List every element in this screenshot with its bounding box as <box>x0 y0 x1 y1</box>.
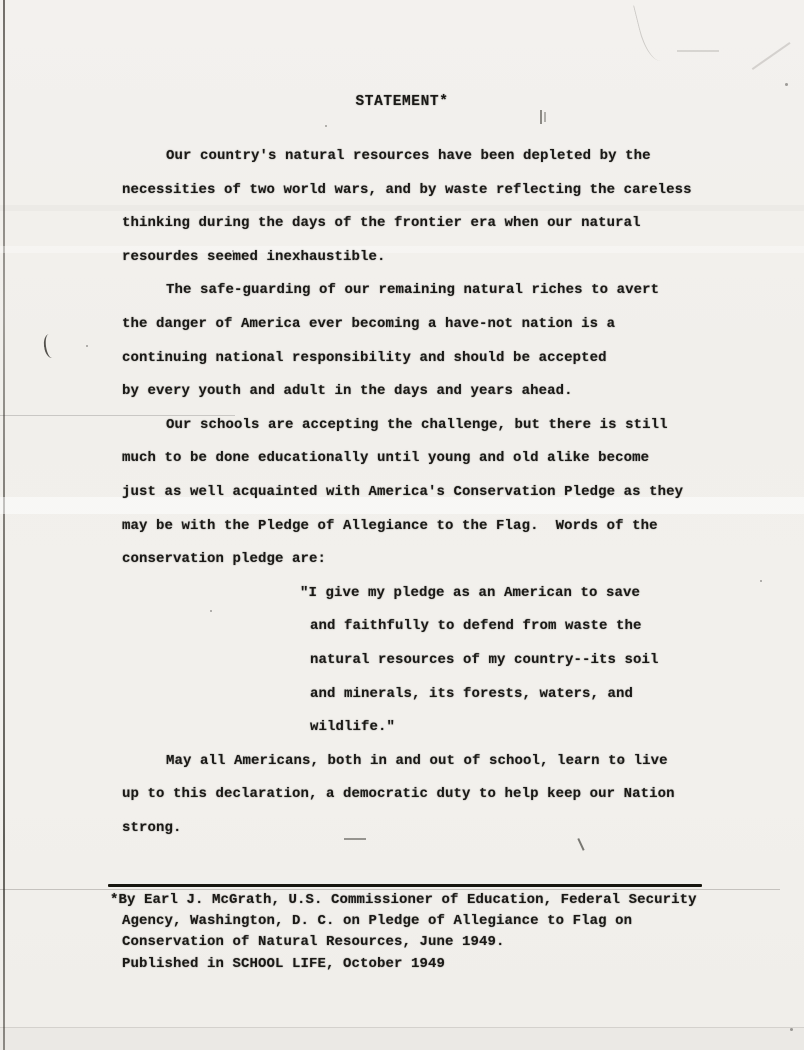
text-line: Our country's natural resources have bee… <box>122 140 762 174</box>
scan-speck <box>86 345 88 347</box>
text-line: continuing national responsibility and s… <box>122 342 762 376</box>
text-line: the danger of America ever becoming a ha… <box>122 308 762 342</box>
document-title: STATEMENT* <box>0 94 804 110</box>
pen-tick-marks <box>540 110 548 126</box>
text-line: The safe-guarding of our remaining natur… <box>122 274 762 308</box>
text-line: strong. <box>122 812 762 846</box>
text-line: up to this declaration, a democratic dut… <box>122 778 762 812</box>
footnote-line: Agency, Washington, D. C. on Pledge of A… <box>110 911 760 932</box>
document-body: Our country's natural resources have bee… <box>122 140 762 845</box>
footnote-line: Conservation of Natural Resources, June … <box>110 932 760 953</box>
scan-scratch-artifact <box>752 42 791 70</box>
text-line: resourdes seemed inexhaustible. <box>122 241 762 275</box>
pledge-line: "I give my pledge as an American to save <box>122 577 762 611</box>
scanned-document-page: STATEMENT* Our country's natural resourc… <box>0 0 804 1050</box>
pledge-line: natural resources of my country--its soi… <box>122 644 762 678</box>
text-line: conservation pledge are: <box>122 543 762 577</box>
scan-bottom-band <box>0 1028 804 1050</box>
text-line: just as well acquainted with America's C… <box>122 476 762 510</box>
scan-speck <box>790 1028 793 1031</box>
text-line: Our schools are accepting the challenge,… <box>122 409 762 443</box>
scan-speck <box>325 125 327 127</box>
pledge-line: and faithfully to defend from waste the <box>122 610 762 644</box>
footnote: *By Earl J. McGrath, U.S. Commissioner o… <box>110 890 760 975</box>
text-line: may be with the Pledge of Allegiance to … <box>122 510 762 544</box>
text-line: much to be done educationally until youn… <box>122 442 762 476</box>
scan-edge-artifact <box>3 0 5 1050</box>
pledge-line: wildlife." <box>122 711 762 745</box>
pledge-line: and minerals, its forests, waters, and <box>122 678 762 712</box>
footnote-line: Published in SCHOOL LIFE, October 1949 <box>110 954 760 975</box>
text-line: thinking during the days of the frontier… <box>122 207 762 241</box>
text-line: May all Americans, both in and out of sc… <box>122 745 762 779</box>
pencil-paren-mark <box>42 333 58 359</box>
footnote-divider <box>108 884 702 887</box>
scan-scratch-artifact <box>677 50 719 52</box>
scan-speck <box>785 83 788 86</box>
footnote-line: *By Earl J. McGrath, U.S. Commissioner o… <box>110 890 760 911</box>
text-line: necessities of two world wars, and by wa… <box>122 174 762 208</box>
text-line: by every youth and adult in the days and… <box>122 375 762 409</box>
scan-scratch-artifact <box>633 0 670 64</box>
